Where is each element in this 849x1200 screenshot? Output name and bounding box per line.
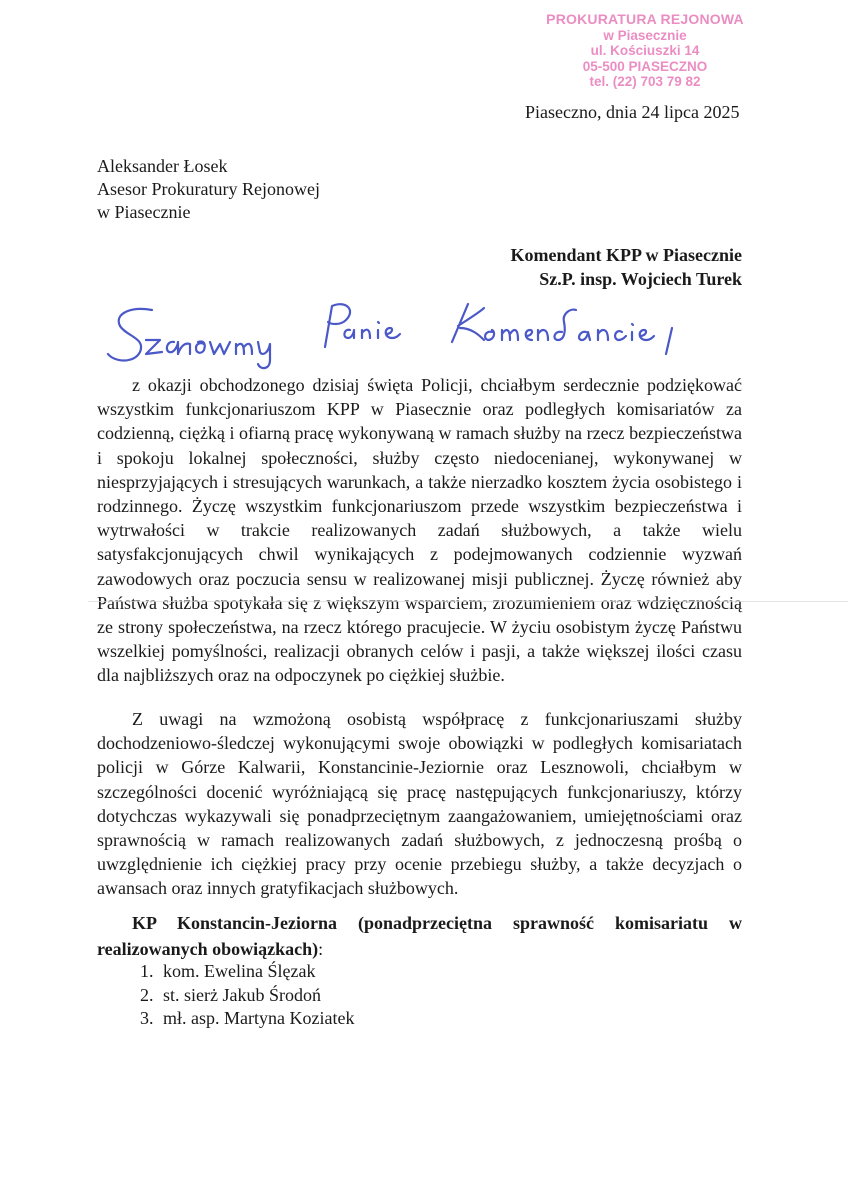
list-item-name: mł. asp. Martyna Koziatek [163, 1007, 354, 1031]
section-heading-colon: : [318, 939, 323, 959]
handwriting-strokes [100, 292, 720, 372]
stamp-line-phone: tel. (22) 703 79 82 [540, 74, 750, 90]
sender-title: Asesor Prokuratury Rejonowej [97, 178, 320, 201]
stamp-line-street: ul. Kościuszki 14 [540, 43, 750, 59]
office-stamp: PROKURATURA REJONOWA w Piasecznie ul. Ko… [540, 12, 750, 90]
sender-block: Aleksander Łosek Asesor Prokuratury Rejo… [97, 155, 320, 224]
date-line: Piaseczno, dnia 24 lipca 2025 [525, 101, 739, 123]
stamp-line-city: w Piasecznie [540, 28, 750, 44]
stamp-line-office: PROKURATURA REJONOWA [540, 12, 750, 28]
list-item: 1. kom. Ewelina Ślęzak [140, 960, 354, 984]
paragraph-wishes: z okazji obchodzonego dzisiaj święta Pol… [97, 373, 742, 688]
officer-list: 1. kom. Ewelina Ślęzak 2. st. sierż Jaku… [140, 960, 354, 1031]
handwritten-salutation: Szanowny Panie Komendancie, [100, 292, 720, 372]
stamp-line-postal: 05-500 PIASECZNO [540, 59, 750, 75]
list-item-name: st. sierż Jakub Środoń [163, 984, 321, 1008]
list-item-number: 1. [140, 960, 163, 984]
section-heading: KP Konstancin-Jeziorna (ponadprzeciętna … [97, 910, 742, 962]
section-heading-text: KP Konstancin-Jeziorna (ponadprzeciętna … [97, 913, 742, 959]
recipient-line-1: Komendant KPP w Piasecznie [480, 243, 742, 267]
sender-name: Aleksander Łosek [97, 155, 320, 178]
recipient-block: Komendant KPP w Piasecznie Sz.P. insp. W… [480, 243, 742, 291]
sender-location: w Piasecznie [97, 201, 320, 224]
scan-artifact-line [88, 601, 848, 602]
paragraph-1-text: z okazji obchodzonego dzisiaj święta Pol… [97, 373, 742, 688]
list-item-number: 3. [140, 1007, 163, 1031]
paragraph-commendation: Z uwagi na wzmożoną osobistą współpracę … [97, 707, 742, 901]
letter-page: PROKURATURA REJONOWA w Piasecznie ul. Ko… [0, 0, 849, 1200]
list-item: 2. st. sierż Jakub Środoń [140, 984, 354, 1008]
list-item-name: kom. Ewelina Ślęzak [163, 960, 315, 984]
paragraph-2-text: Z uwagi na wzmożoną osobistą współpracę … [97, 707, 742, 901]
list-item: 3. mł. asp. Martyna Koziatek [140, 1007, 354, 1031]
recipient-line-2: Sz.P. insp. Wojciech Turek [480, 267, 742, 291]
list-item-number: 2. [140, 984, 163, 1008]
